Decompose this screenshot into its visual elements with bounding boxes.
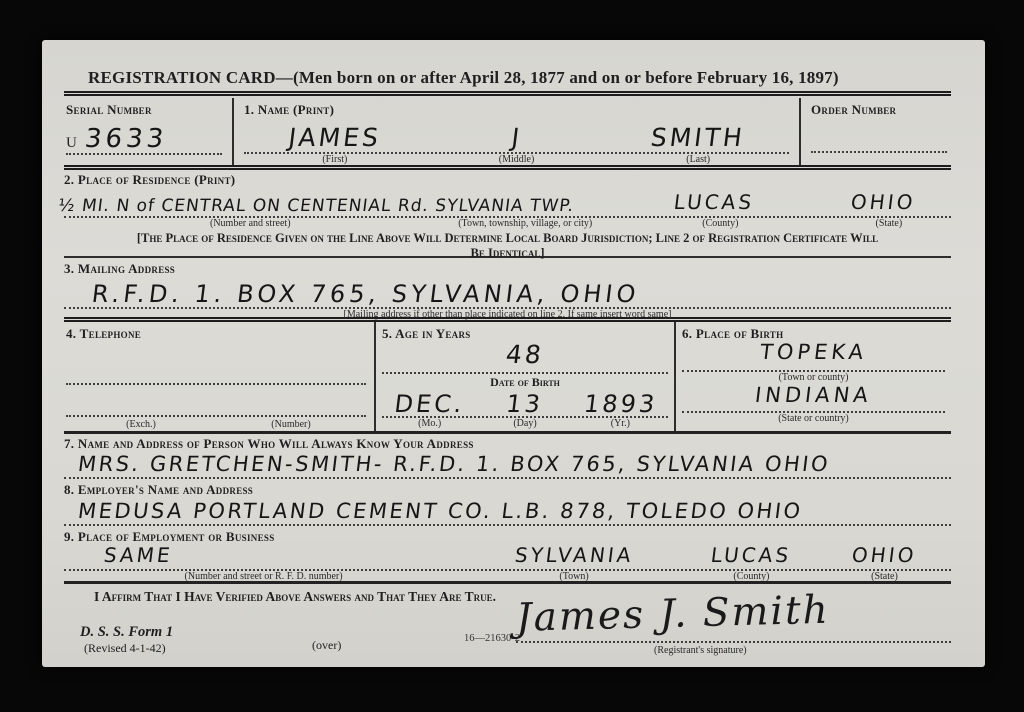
residence-county-caption: (County) — [614, 218, 827, 229]
residence-street-caption: (Number and street) — [64, 218, 437, 229]
telephone-exchange-caption: (Exch.) — [66, 419, 216, 430]
employment-town-caption: (Town) — [463, 571, 685, 582]
employment-state-caption: (State) — [818, 571, 951, 582]
dob-day-caption: (Day) — [477, 418, 572, 429]
dob-month-value: DEC. — [381, 392, 479, 416]
name-label: 1. Name (Print) — [244, 102, 789, 118]
over-note: (over) — [312, 638, 341, 653]
serial-prefix: U — [66, 135, 77, 151]
name-last-value: SMITH — [606, 125, 791, 150]
serial-number-cell: Serial Number U3633 — [64, 98, 234, 165]
employment-county-value: LUCAS — [710, 545, 793, 565]
telephone-number-caption: (Number) — [216, 419, 366, 430]
order-number-cell: Order Number — [801, 98, 951, 165]
telephone-cell: 4. Telephone (Exch.) (Number) — [64, 322, 376, 431]
birth-town-line: TOPEKA — [682, 342, 945, 372]
residence-captions: (Number and street) (Town, township, vil… — [64, 218, 951, 229]
employment-section: 9. Place of Employment or Business SAME … — [64, 526, 951, 584]
birth-town-value: TOPEKA — [759, 342, 869, 363]
serial-number-label: Serial Number — [66, 102, 224, 118]
scan-background: REGISTRATION CARD—(Men born on or after … — [0, 0, 1024, 712]
employment-state-value: OHIO — [851, 545, 918, 565]
jurisdiction-note: [The Place of Residence Given on the Lin… — [135, 231, 880, 261]
employment-street-caption: (Number and street or R. F. D. number) — [64, 571, 463, 582]
dob-year-caption: (Yr.) — [573, 418, 668, 429]
employment-place-value: SAME — [103, 545, 174, 565]
mailing-value: R.F.D. 1. BOX 765, SYLVANIA, OHIO — [91, 282, 641, 306]
contact-label: 7. Name and Address of Person Who Will A… — [64, 436, 951, 452]
form-number: D. S. S. Form 1 — [80, 624, 173, 641]
dob-month-caption: (Mo.) — [382, 418, 477, 429]
form-revision: (Revised 4-1-42) — [84, 641, 166, 656]
residence-street-town-value: ½ MI. N of CENTRAL ON CENTENIAL Rd. SYLV… — [57, 198, 609, 215]
residence-section: 2. Place of Residence (Print) ½ MI. N of… — [64, 170, 951, 258]
dob-year-value: 1893 — [571, 392, 669, 416]
name-values: JAMES J SMITH — [244, 118, 789, 154]
employer-line: MEDUSA PORTLAND CEMENT CO. L.B. 878, TOL… — [64, 498, 951, 526]
card-header: REGISTRATION CARD—(Men born on or after … — [64, 40, 951, 98]
name-first-value: JAMES — [242, 125, 427, 150]
card-title: REGISTRATION CARD—(Men born on or after … — [64, 68, 951, 96]
mailing-section: 3. Mailing Address R.F.D. 1. BOX 765, SY… — [64, 258, 951, 322]
residence-town-caption: (Town, township, village, or city) — [437, 218, 614, 229]
middle-caption: (Middle) — [426, 154, 608, 165]
telephone-label: 4. Telephone — [66, 326, 366, 342]
last-caption: (Last) — [607, 154, 789, 165]
registration-card: REGISTRATION CARD—(Men born on or after … — [42, 40, 985, 667]
name-captions: (First) (Middle) (Last) — [244, 154, 789, 165]
top-row: Serial Number U3633 1. Name (Print) JAME… — [64, 98, 951, 170]
print-code: 16—21630-2 — [464, 633, 520, 644]
employment-captions: (Number and street or R. F. D. number) (… — [64, 571, 951, 582]
date-of-birth-captions: (Mo.) (Day) (Yr.) — [382, 418, 668, 429]
name-cell: 1. Name (Print) JAMES J SMITH (First) (M… — [234, 98, 801, 165]
birth-state-line: INDIANA — [682, 385, 945, 413]
contact-value: MRS. GRETCHEN-SMITH- R.F.D. 1. BOX 765, … — [77, 454, 832, 475]
date-of-birth-values: DEC. 13 1893 — [382, 390, 668, 418]
employment-town-value: SYLVANIA — [514, 545, 635, 565]
contact-section: 7. Name and Address of Person Who Will A… — [64, 434, 951, 479]
order-number-line — [811, 151, 947, 153]
signature-caption: (Registrant's signature) — [654, 645, 747, 656]
name-middle-value: J — [424, 125, 609, 150]
employer-value: MEDUSA PORTLAND CEMENT CO. L.B. 878, TOL… — [77, 501, 804, 522]
age-value: 48 — [505, 342, 546, 367]
telephone-line-1 — [66, 383, 366, 385]
middle-row: 4. Telephone (Exch.) (Number) 5. Age in … — [64, 322, 951, 434]
residence-values: ½ MI. N of CENTRAL ON CENTENIAL Rd. SYLV… — [64, 188, 951, 218]
first-caption: (First) — [244, 154, 426, 165]
residence-county-value: LUCAS — [673, 192, 756, 212]
telephone-captions: (Exch.) (Number) — [66, 419, 366, 430]
mailing-caption: [Mailing address if other than place ind… — [64, 309, 951, 320]
telephone-line-2 — [66, 415, 366, 417]
birth-state-caption: (State or country) — [682, 413, 945, 424]
residence-state-caption: (State) — [827, 218, 951, 229]
mailing-label: 3. Mailing Address — [64, 261, 951, 277]
residence-state-value: OHIO — [849, 192, 916, 212]
card-footer: D. S. S. Form 1 (Revised 4-1-42) (over) … — [64, 608, 951, 667]
signature-line — [516, 641, 951, 643]
serial-number-line: U3633 — [66, 126, 222, 155]
order-number-label: Order Number — [811, 102, 947, 118]
mailing-line: R.F.D. 1. BOX 765, SYLVANIA, OHIO — [64, 277, 951, 309]
birth-town-caption: (Town or county) — [682, 372, 945, 383]
serial-number-value: 3633 — [83, 126, 168, 152]
birth-state-value: INDIANA — [754, 385, 873, 406]
dob-day-value: 13 — [476, 392, 574, 416]
birth-cell: 6. Place of Birth TOPEKA (Town or county… — [676, 322, 951, 431]
employer-label: 8. Employer's Name and Address — [64, 482, 951, 498]
age-value-line: 48 — [382, 342, 668, 374]
employer-section: 8. Employer's Name and Address MEDUSA PO… — [64, 479, 951, 526]
employment-label: 9. Place of Employment or Business — [64, 529, 951, 545]
employment-county-caption: (County) — [685, 571, 818, 582]
contact-line: MRS. GRETCHEN-SMITH- R.F.D. 1. BOX 765, … — [64, 452, 951, 479]
date-of-birth-label: Date of Birth — [382, 375, 668, 390]
age-cell: 5. Age in Years 48 Date of Birth DEC. 13… — [376, 322, 676, 431]
employment-values: SAME SYLVANIA LUCAS OHIO — [64, 545, 951, 571]
residence-label: 2. Place of Residence (Print) — [64, 172, 951, 188]
